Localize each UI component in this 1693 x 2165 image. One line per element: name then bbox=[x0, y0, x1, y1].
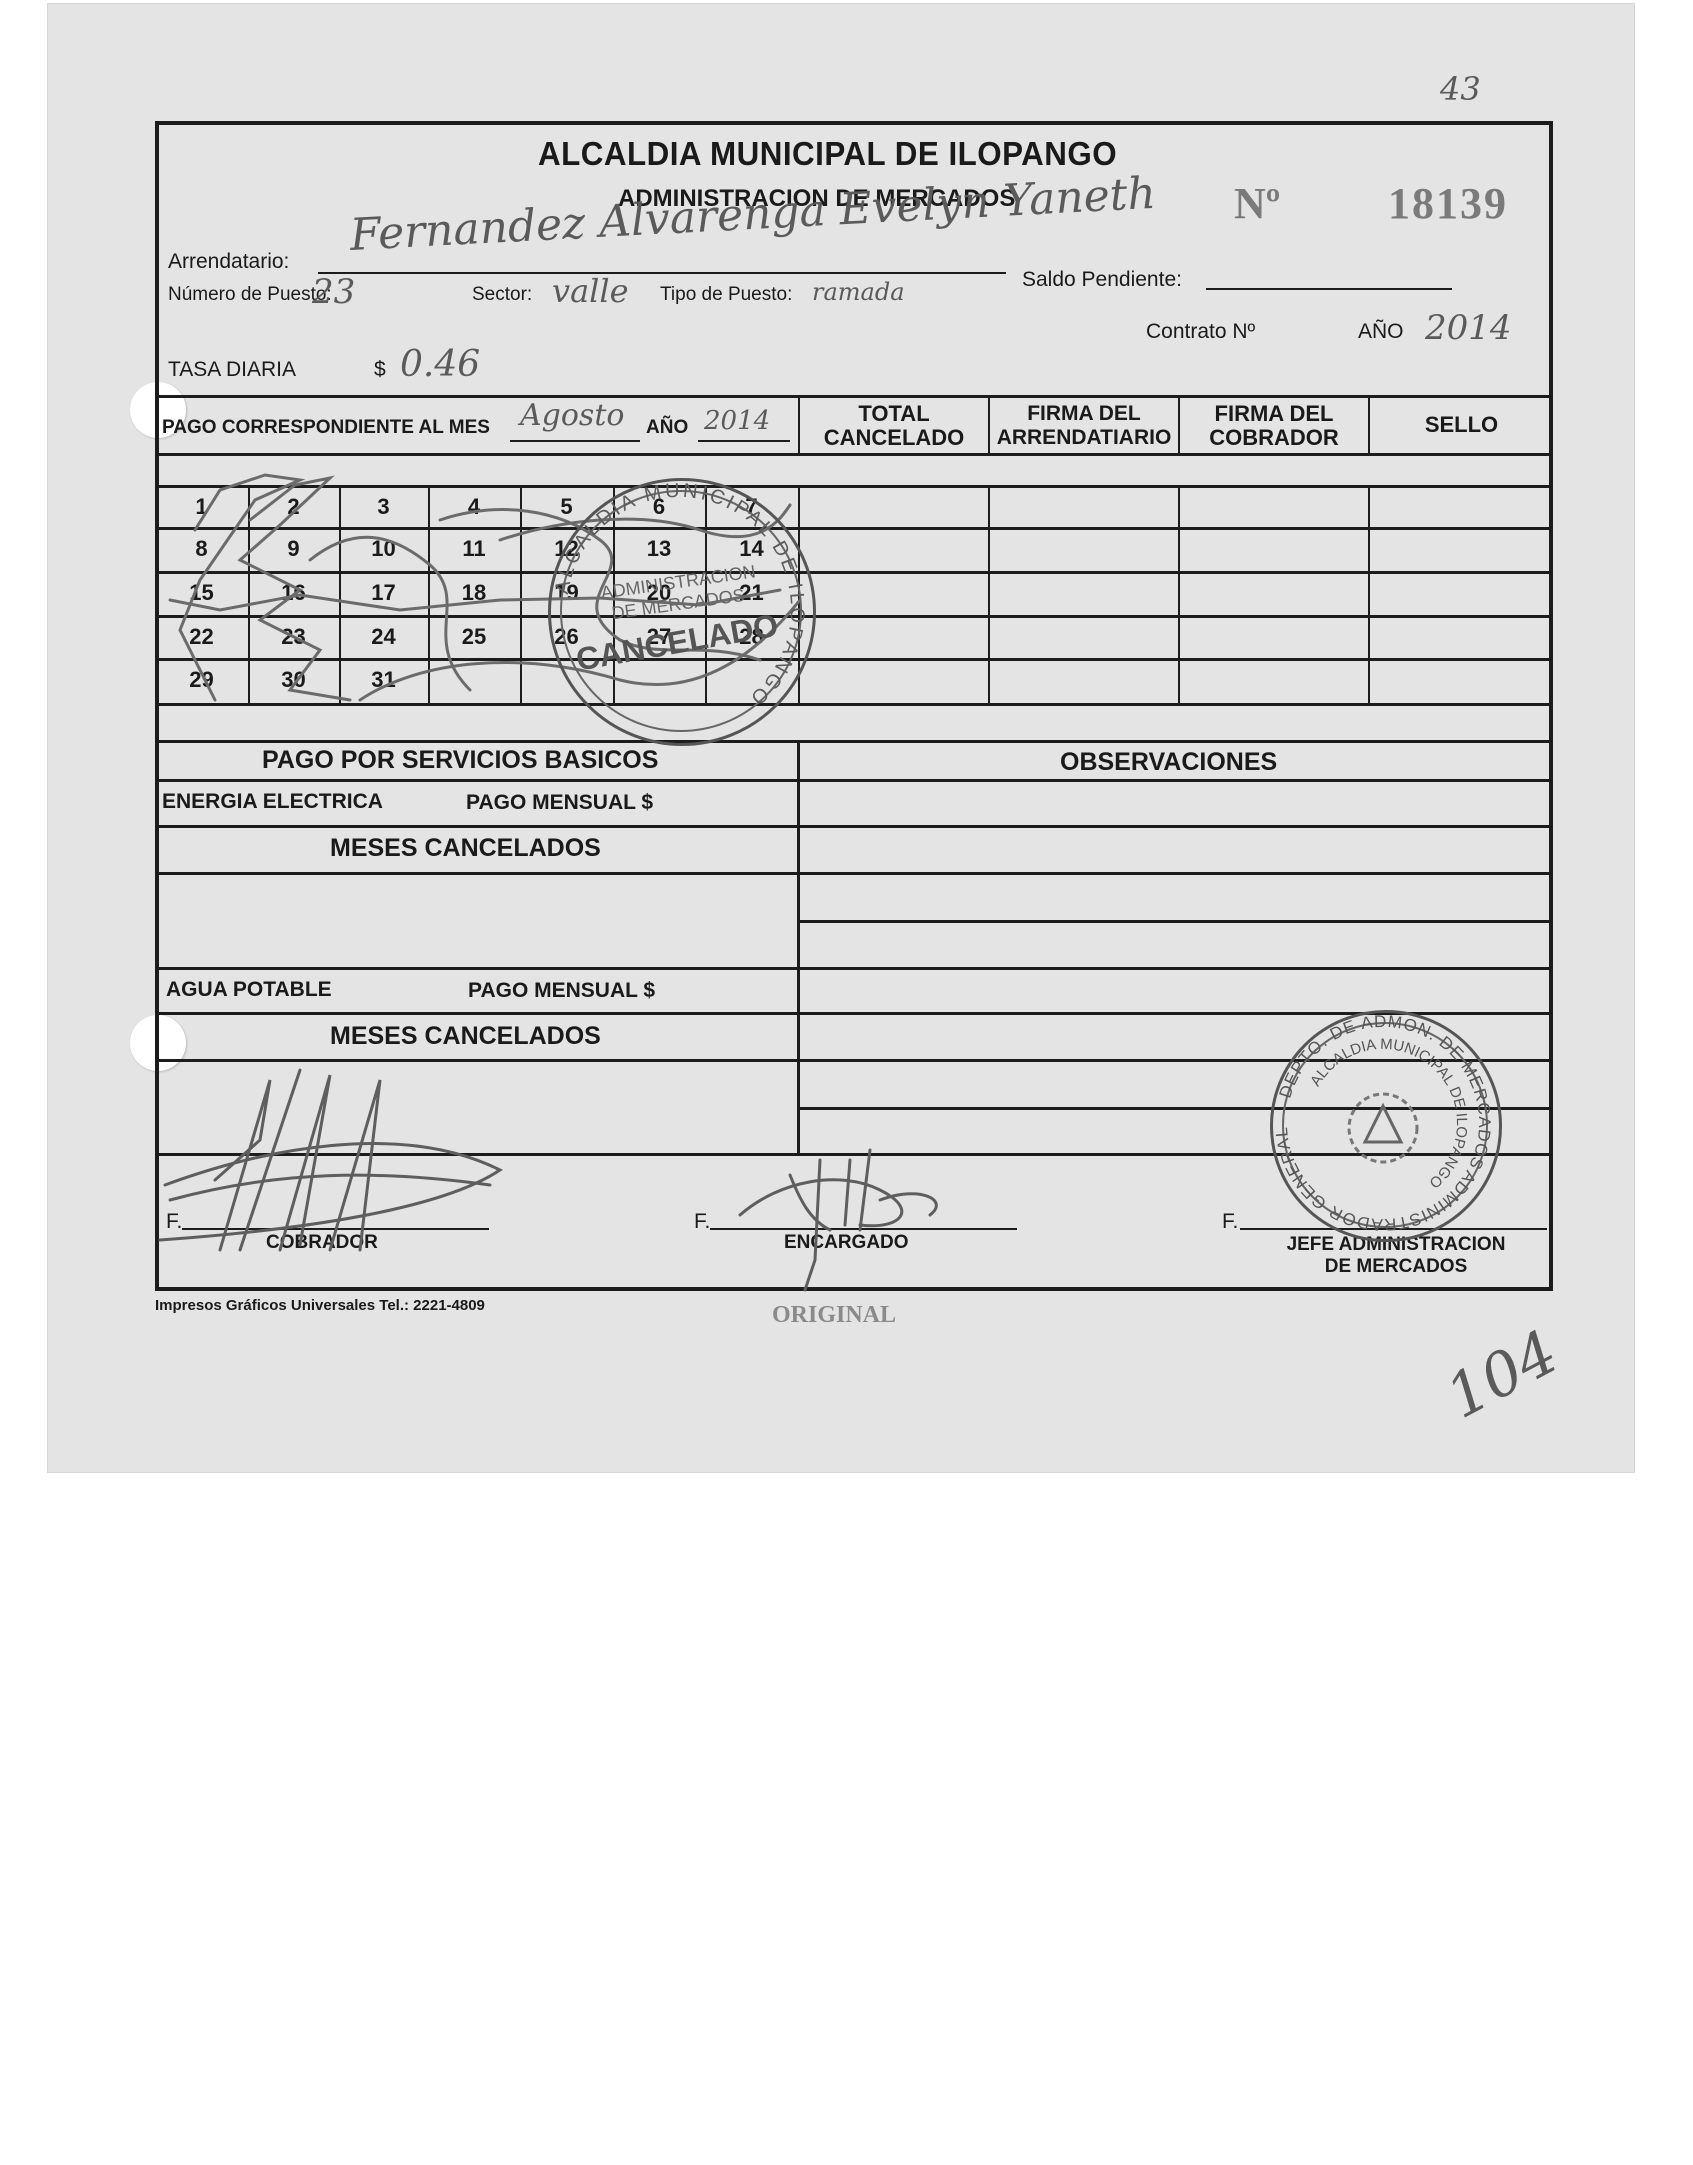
admin-stamp-text: DEPTO. DE ADMON. DE MERCADOS ALCALDIA MU… bbox=[1270, 1010, 1496, 1236]
printer-credit: Impresos Gráficos Universales Tel.: 2221… bbox=[155, 1297, 485, 1314]
copy-label: ORIGINAL bbox=[772, 1302, 896, 1329]
svg-text:ALCALDIA MUNICIPAL DE ILOPANGO: ALCALDIA MUNICIPAL DE ILOPANGO bbox=[1307, 1036, 1470, 1192]
